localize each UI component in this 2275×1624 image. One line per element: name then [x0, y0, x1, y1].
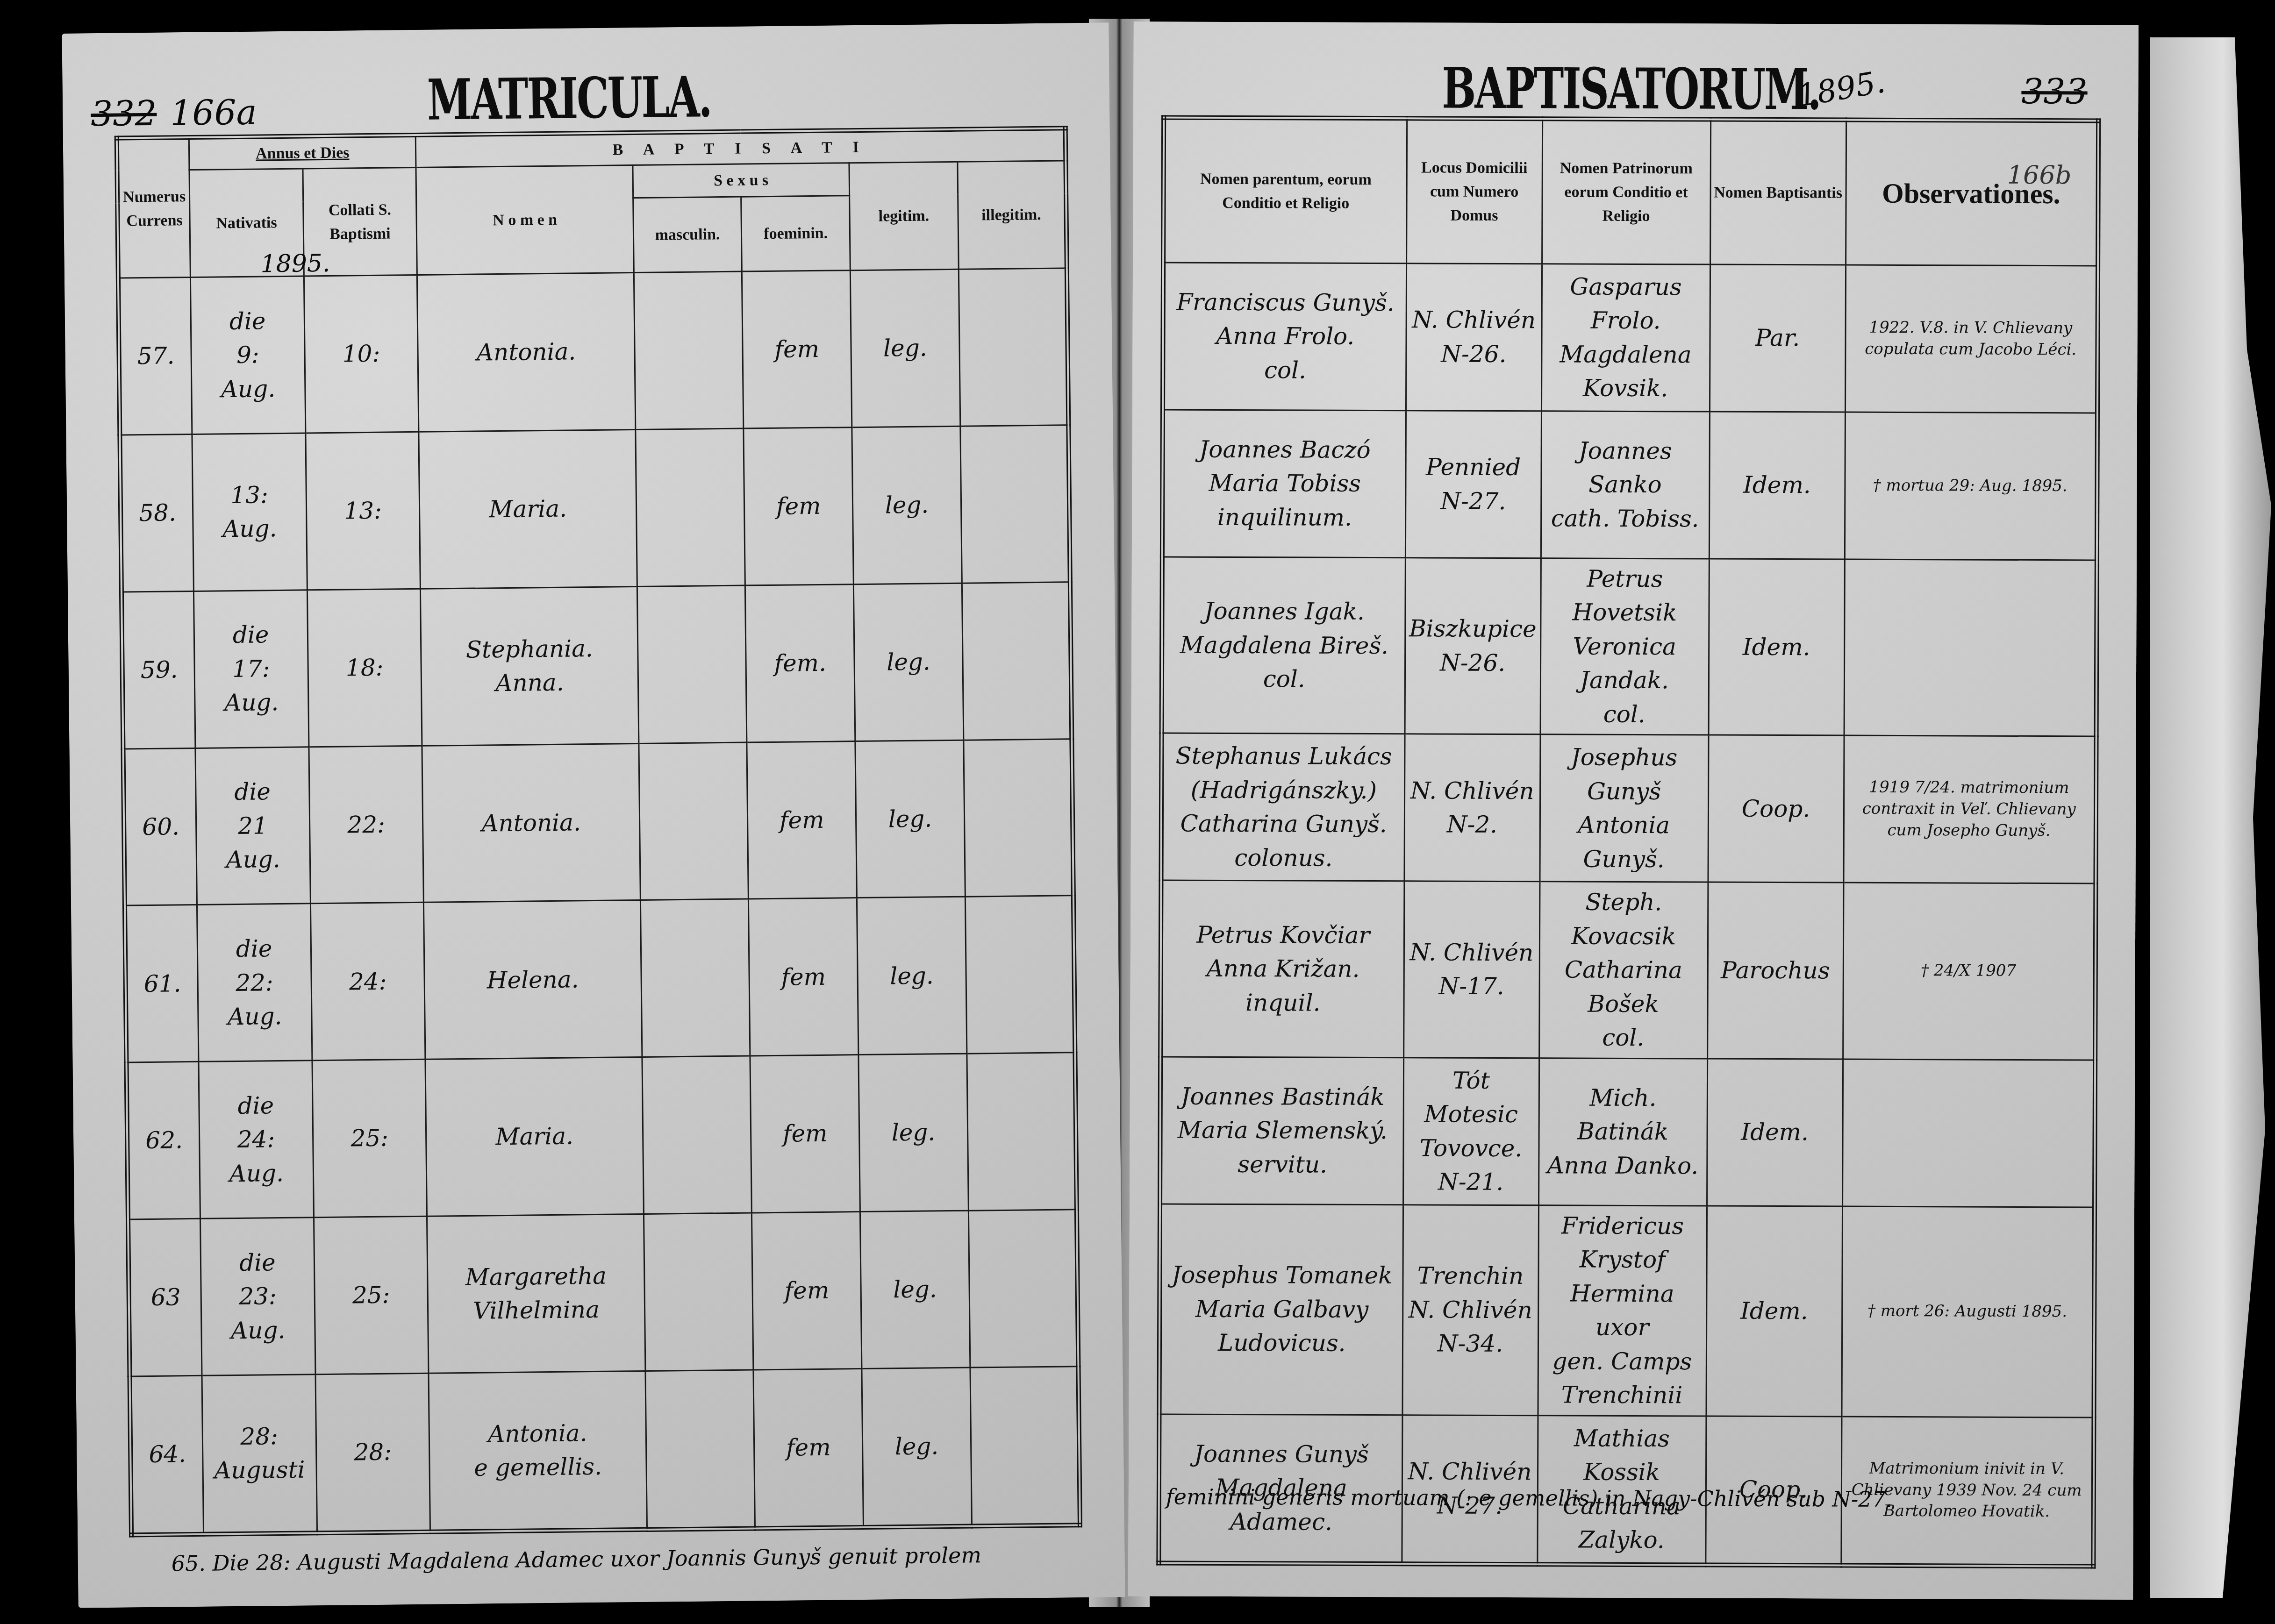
godparents: Mich. Batinák Anna Danko. [1538, 1058, 1707, 1205]
parents: Josephus Tomanek Maria Galbavy Ludovicus… [1159, 1204, 1403, 1415]
year-note: 1895. [260, 249, 330, 278]
baptizer: Par. [1710, 264, 1846, 412]
register-row: 60. die 21 Aug. 22: Antonia. fem leg. [123, 739, 1073, 905]
register-row: Stephanus Lukács (Hadrigánszky.) Cathari… [1161, 733, 2096, 883]
sex-male [634, 271, 744, 429]
observation: † mort 26: Augusti 1895. [1841, 1206, 2095, 1417]
register-row: 64. 28: Augusti 28: Antonia. e gemellis.… [130, 1367, 1080, 1535]
parents: Joannes Baczó Maria Tobiss inquilinum. [1162, 409, 1406, 557]
register-row: Josephus Tomanek Maria Galbavy Ludovicus… [1159, 1204, 2095, 1417]
domicile: Tót Motesic Tovovce. N-21. [1403, 1057, 1539, 1205]
child-name: Helena. [424, 900, 642, 1060]
baptizer: Idem. [1706, 1206, 1842, 1417]
sex-male [636, 428, 745, 586]
sex-female: fem [753, 1368, 863, 1528]
register-row: 59. die 17: Aug. 18: Stephania. Anna. fe… [122, 582, 1072, 748]
header-numerus-currens: Numerus Currens [117, 137, 191, 278]
sex-male [640, 899, 750, 1057]
sex-male [645, 1370, 755, 1530]
illegitimate [970, 1367, 1080, 1526]
birth-date: die 9: Aug. [190, 276, 305, 434]
header-nomen: N o m e n [416, 165, 634, 275]
illegitimate [968, 1210, 1078, 1368]
left-page: 332 166a MATRICULA. Numerus Currens Annu… [62, 22, 1125, 1608]
header-annus-et-dies: Annus et Dies [189, 135, 416, 170]
child-name: Antonia. [422, 743, 640, 903]
legitimate: leg. [850, 269, 960, 427]
row-number: 58. [120, 434, 193, 591]
register-row: Franciscus Gunyš. Anna Frolo. col. N. Ch… [1163, 262, 2098, 413]
baptizer: Coop. [1708, 735, 1844, 883]
register-row: Joannes Baczó Maria Tobiss inquilinum. P… [1162, 409, 2097, 560]
birth-date: die 21 Aug. [195, 747, 310, 905]
illegitimate [960, 425, 1070, 583]
child-name: Antonia. [417, 273, 636, 432]
baptism-date: 18: [307, 589, 422, 747]
domicile: Biszkupice N-26. [1405, 557, 1541, 734]
observation [1842, 1059, 2095, 1207]
legitimate: leg. [855, 740, 965, 898]
baptism-date: 28: [315, 1373, 430, 1533]
register-row: Joannes Bastinák Maria Slemenský. servit… [1160, 1056, 2095, 1207]
birth-date: 28: Augusti [202, 1375, 317, 1534]
page-number-struck: 332 [91, 93, 157, 134]
birth-date: die 23: Aug. [200, 1218, 315, 1375]
baptism-date: 24: [310, 903, 425, 1061]
sex-female: fem. [745, 584, 855, 742]
register-row: 58. 13: Aug. 13: Maria. fem leg. [120, 425, 1070, 592]
register-row: Petrus Kovčiar Anna Križan. inquil. N. C… [1160, 880, 2096, 1060]
page-title: BAPTISATORUM. [1442, 56, 1820, 123]
row-number: 63 [128, 1218, 202, 1376]
sex-male [644, 1213, 753, 1371]
footer-note-left: 65. Die 28: Augusti Magdalena Adamec uxo… [171, 1542, 981, 1576]
observation: † mortua 29: Aug. 1895. [1845, 412, 2097, 560]
sex-female: fem [747, 741, 857, 899]
birth-date: die 22: Aug. [197, 904, 312, 1061]
godparents: Steph. Kovacsik Catharina Bošek col. [1539, 882, 1708, 1059]
page-title: MATRICULA. [427, 64, 711, 133]
child-name: Stephania. Anna. [421, 586, 639, 746]
header-legitim: legitim. [849, 162, 959, 270]
legitimate: leg. [858, 1054, 968, 1211]
baptizer: Idem. [1709, 559, 1845, 736]
legitimate: leg. [852, 426, 962, 584]
header-parents: Nomen parentum, eorum Conditio et Religi… [1163, 117, 1407, 263]
sex-female: fem [752, 1212, 862, 1370]
header-foeminin: foeminin. [741, 196, 850, 271]
sex-female: fem [742, 271, 852, 428]
sex-female: fem [744, 427, 853, 585]
child-name: Antonia. e gemellis. [429, 1371, 647, 1531]
legitimate: leg. [857, 897, 966, 1055]
baptism-date: 22: [309, 746, 424, 904]
parents: Petrus Kovčiar Anna Križan. inquil. [1160, 880, 1404, 1057]
birth-date: 13: Aug. [192, 433, 307, 591]
header-illegitim: illegitim. [958, 161, 1067, 269]
birth-date: die 24: Aug. [199, 1061, 314, 1218]
godparents: Fridericus Krystof Hermina uxor gen. Cam… [1538, 1205, 1707, 1416]
baptism-date: 25: [314, 1216, 429, 1374]
observation: 1922. V.8. in V. Chlievany copulata cum … [1845, 265, 2098, 413]
legitimate: leg. [862, 1368, 972, 1527]
baptizer: Parochus [1707, 882, 1843, 1059]
header-observations: Observationes. [1846, 120, 2098, 266]
baptism-register-right: Nomen parentum, eorum Conditio et Religi… [1156, 115, 2101, 1568]
illegitimate [967, 1053, 1077, 1211]
header-masculin: masculin. [633, 197, 742, 272]
godparents: Josephus Gunyš Antonia Gunyš. [1539, 734, 1708, 882]
header-domicile: Locus Domicilii cum Numero Domus [1406, 118, 1542, 264]
page-number: 166a [170, 92, 257, 133]
sex-male [639, 742, 749, 900]
godparents: Gasparus Frolo. Magdalena Kovsik. [1541, 264, 1710, 411]
register-row: 62. die 24: Aug. 25: Maria. fem leg. [126, 1053, 1076, 1219]
domicile: N. Chlivén N-17. [1403, 881, 1539, 1058]
parents: Stephanus Lukács (Hadrigánszky.) Cathari… [1161, 733, 1404, 881]
header-baptizer: Nomen Baptisantis [1710, 120, 1846, 265]
parents: Franciscus Gunyš. Anna Frolo. col. [1163, 262, 1406, 410]
register-row: Joannes Igak. Magdalena Bireš. col. Bisz… [1162, 556, 2097, 736]
baptism-register-left: Numerus Currens Annus et Dies B A P T I … [114, 126, 1082, 1537]
sex-female: fem [749, 898, 858, 1056]
row-number: 60. [123, 748, 197, 905]
birth-date: die 17: Aug. [193, 590, 308, 748]
child-name: Maria. [425, 1057, 644, 1217]
godparents: Petrus Hovetsik Veronica Jandak. col. [1540, 558, 1709, 735]
baptism-date: 10: [304, 275, 419, 433]
sex-male [642, 1056, 752, 1214]
baptizer: Idem. [1707, 1059, 1843, 1206]
sex-male [637, 585, 747, 743]
torn-page-edge [2150, 37, 2271, 1598]
header-sexus: S e x u s [633, 163, 850, 198]
illegitimate [965, 896, 1075, 1054]
header-godparents: Nomen Patrinorum eorum Conditio et Relig… [1542, 119, 1710, 264]
domicile: Pennied N-27. [1405, 410, 1541, 558]
illegitimate [964, 739, 1073, 897]
observation: 1919 7/24. matrimonium contraxit in Veľ.… [1843, 735, 2096, 883]
row-number: 61. [125, 905, 199, 1062]
domicile: N. Chlivén N-2. [1404, 734, 1540, 882]
footer-note-right: feminini generis mortuam (: e gemellis) … [1166, 1484, 1893, 1512]
godparents: Joannes Sanko cath. Tobiss. [1541, 411, 1710, 558]
baptism-date: 25: [312, 1060, 427, 1218]
child-name: Maria. [419, 429, 637, 589]
domicile: Trenchin N. Chlivén N-34. [1402, 1204, 1538, 1415]
register-row: 63 die 23: Aug. 25: Margaretha Vilhelmin… [128, 1210, 1078, 1376]
parents: Joannes Igak. Magdalena Bireš. col. [1162, 556, 1405, 734]
register-row: 61. die 22: Aug. 24: Helena. fem leg. [125, 896, 1075, 1062]
right-page: BAPTISATORUM. 1895. 333 166b Nomen paren… [1128, 21, 2139, 1599]
sex-female: fem [750, 1055, 860, 1213]
row-number: 64. [130, 1375, 204, 1535]
legitimate: leg. [853, 583, 963, 741]
observation: † 24/X 1907 [1843, 883, 2096, 1060]
parents: Joannes Bastinák Maria Slemenský. servit… [1160, 1056, 1403, 1204]
illegitimate [959, 268, 1068, 426]
row-number: 57. [118, 277, 192, 434]
domicile: N. Chlivén N-26. [1406, 263, 1542, 411]
baptizer: Idem. [1709, 412, 1845, 559]
observation [1844, 559, 2097, 736]
register-row: 57. die 9: Aug. 10: Antonia. fem leg. [118, 268, 1068, 435]
row-number: 59. [122, 591, 195, 748]
baptism-date: 13: [306, 432, 421, 590]
page-number-struck: 333 [2021, 71, 2088, 112]
legitimate: leg. [860, 1211, 970, 1368]
row-number: 62. [126, 1062, 200, 1219]
illegitimate [962, 582, 1072, 740]
child-name: Margaretha Vilhelmina [427, 1214, 645, 1373]
